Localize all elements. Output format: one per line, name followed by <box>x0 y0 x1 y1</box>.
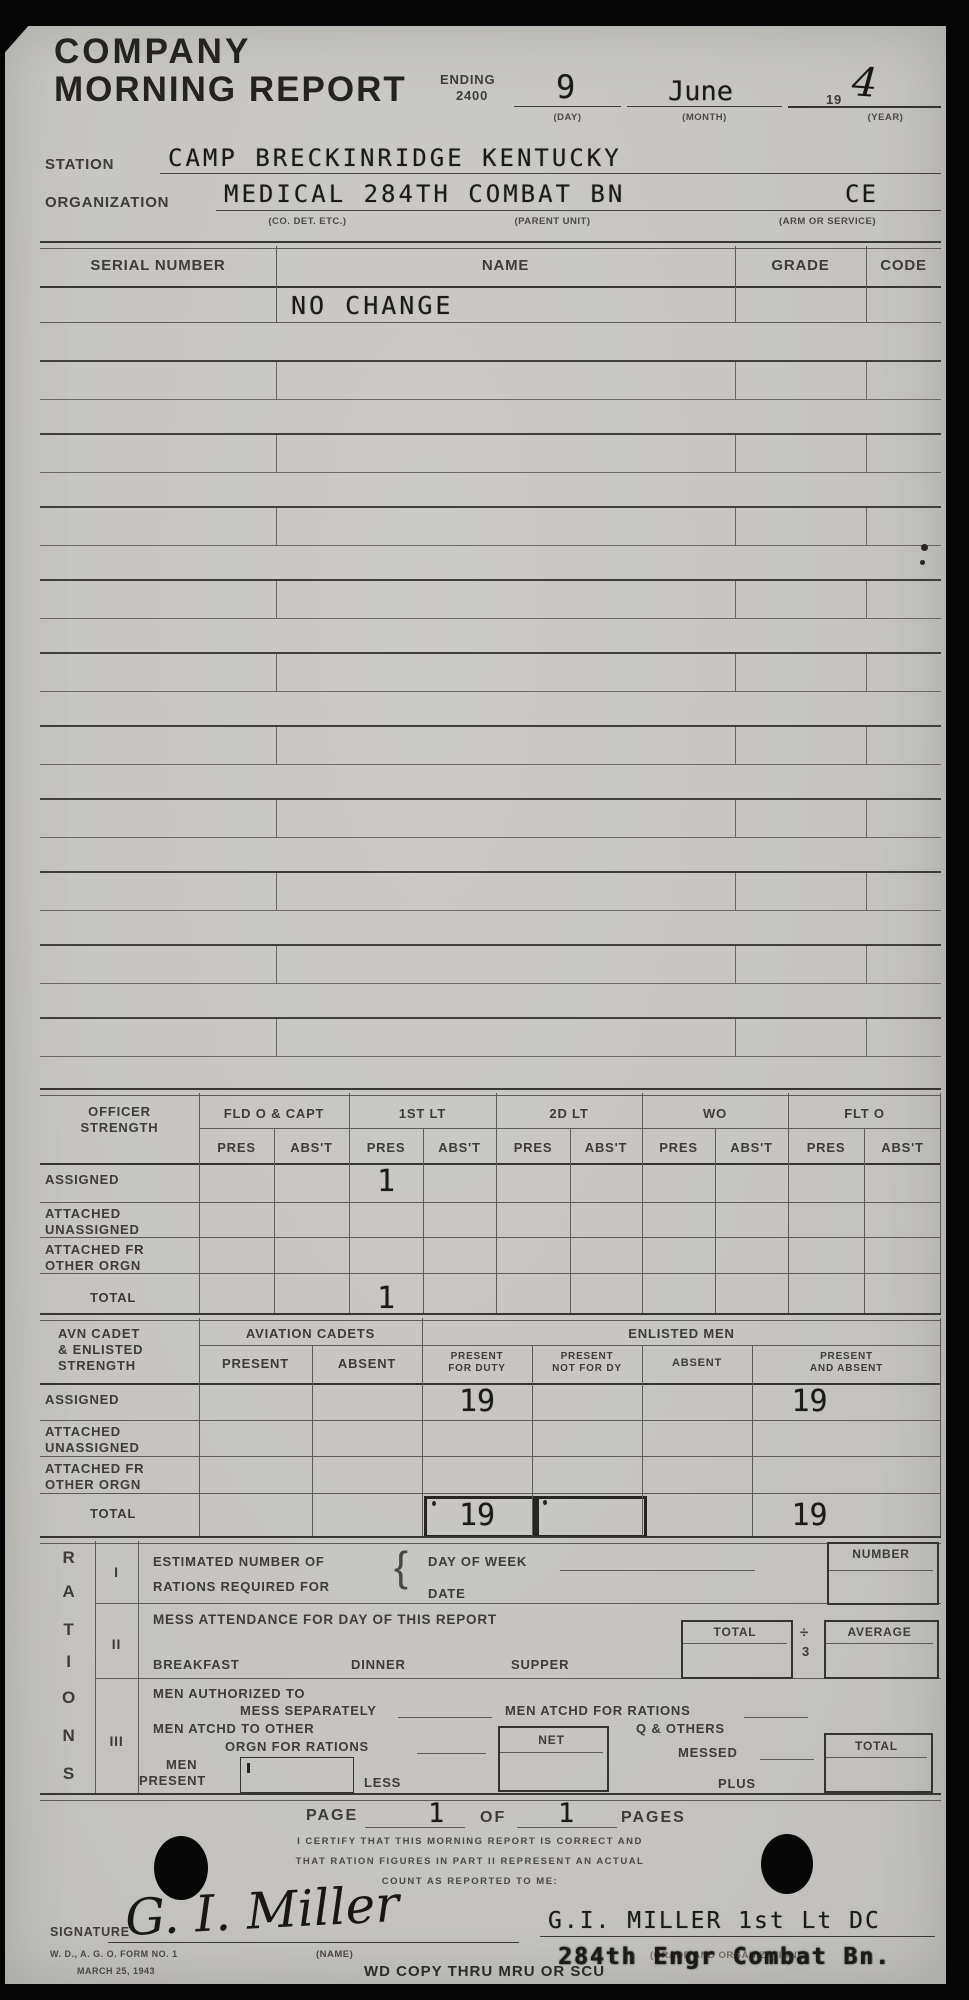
enlisted-col-divider <box>199 1318 200 1536</box>
officer-group-1st-lt: 1ST LT <box>349 1106 496 1121</box>
pages-value: 1 <box>558 1798 574 1829</box>
roster-divider <box>276 654 277 691</box>
enlisted-row-rule <box>40 1456 941 1457</box>
roster-divider <box>735 435 736 472</box>
rations-vertical-letter: R <box>56 1548 82 1568</box>
parent-unit-caption: (PARENT UNIT) <box>490 216 615 227</box>
station-value: CAMP BRECKINRIDGE KENTUCKY <box>168 144 622 172</box>
roster-divider <box>276 508 277 545</box>
date-label: DATE <box>428 1586 466 1601</box>
name-caption: (NAME) <box>316 1949 353 1960</box>
arm-service-caption: (ARM OR SERVICE) <box>755 216 900 227</box>
roster-divider <box>866 1019 867 1056</box>
mess-separately-label: MESS SEPARATELY <box>240 1703 377 1718</box>
ink-speck <box>921 544 928 551</box>
ink-speck <box>543 1500 547 1505</box>
officer-subhead-abst: ABS'T <box>570 1140 642 1155</box>
mess-attendance-label: MESS ATTENDANCE FOR DAY OF THIS REPORT <box>153 1612 497 1627</box>
page-label: PAGE <box>306 1807 358 1825</box>
present-label: PRESENT <box>139 1773 206 1788</box>
men-authorized-label: MEN AUTHORIZED TO <box>153 1686 305 1701</box>
enlisted-pnfd-head-2: NOT FOR DY <box>532 1363 642 1374</box>
men-atchd-rations-label: MEN ATCHD FOR RATIONS <box>505 1703 691 1718</box>
station-rule <box>160 173 941 174</box>
men-atchd-other-label: MEN ATCHD TO OTHER <box>153 1721 315 1736</box>
officer-label-line1: OFFICER <box>40 1104 199 1119</box>
form-paper <box>5 26 946 1984</box>
roster-divider <box>276 246 277 322</box>
roster-divider <box>866 435 867 472</box>
organization-label: ORGANIZATION <box>45 194 169 211</box>
orgn-for-rations-rule <box>417 1753 486 1754</box>
day-of-week-rule <box>560 1570 755 1571</box>
officer-col-divider <box>199 1093 200 1313</box>
punch-hole <box>761 1834 813 1894</box>
rations-vertical-letter: I <box>56 1652 82 1672</box>
breakfast-label: BREAKFAST <box>153 1657 240 1672</box>
typed-name-rule <box>540 1936 935 1937</box>
enlisted-subcol-divider <box>532 1345 533 1536</box>
scan-edge-top <box>0 0 969 26</box>
pages-rule <box>517 1827 617 1828</box>
enlisted-row-attached-fr-1: ATTACHED FR <box>45 1461 144 1476</box>
number-box-label: NUMBER <box>827 1547 935 1561</box>
net-box-rule <box>500 1752 603 1753</box>
net-box-label: NET <box>498 1733 605 1747</box>
roster-col-code: CODE <box>866 257 941 274</box>
officer-total-1st-lt-pres: 1 <box>349 1281 423 1316</box>
officer-bottom-rule <box>40 1313 941 1321</box>
enlisted-subcol-divider <box>752 1345 753 1536</box>
ending-label: ENDING <box>440 72 495 87</box>
messed-label: MESSED <box>678 1745 738 1760</box>
enlisted-subcol-divider <box>642 1345 643 1536</box>
certify-line2: THAT RATION FIGURES IN PART II REPRESENT… <box>270 1856 670 1867</box>
divide-sign: ÷ <box>800 1624 809 1641</box>
ending-time: 2400 <box>456 88 488 103</box>
roster-col-serial: SERIAL NUMBER <box>40 257 276 274</box>
pages-label: PAGES <box>621 1809 686 1827</box>
year-prefix: 19 <box>826 92 842 107</box>
roster-divider <box>276 581 277 618</box>
roster-empty-row <box>40 1017 941 1057</box>
enlisted-total-present-for-duty: 19 <box>424 1498 530 1533</box>
day-caption: (DAY) <box>514 112 621 123</box>
ink-speck <box>247 1763 250 1773</box>
roster-divider <box>866 246 867 322</box>
rations-estimated-line2: RATIONS REQUIRED FOR <box>153 1579 330 1594</box>
officer-group-flt-o: FLT O <box>788 1106 941 1121</box>
less-label: LESS <box>364 1775 401 1790</box>
enlisted-row-rule <box>40 1493 941 1494</box>
roster-divider <box>735 246 736 322</box>
roster-empty-row <box>40 652 941 692</box>
roster-divider <box>866 654 867 691</box>
rations-section-rule <box>95 1603 941 1604</box>
officer-label-line2: STRENGTH <box>40 1120 199 1135</box>
enlisted-group-rule <box>199 1345 941 1346</box>
officer-row-attached-unassigned-2: UNASSIGNED <box>45 1222 140 1237</box>
rations-vertical-letter: A <box>56 1582 82 1602</box>
orgn-for-rations-label: ORGN FOR RATIONS <box>225 1739 369 1754</box>
roster-divider <box>276 727 277 764</box>
arm-of-service-value: CE <box>845 180 878 208</box>
men-atchd-rations-rule <box>744 1717 808 1718</box>
officer-subhead-pres: PRES <box>349 1140 423 1155</box>
roster-empty-row <box>40 506 941 546</box>
roster-divider <box>735 581 736 618</box>
divisor: 3 <box>802 1644 810 1659</box>
enlisted-bottom-rule <box>40 1536 941 1544</box>
officer-row-total: TOTAL <box>90 1290 136 1305</box>
enlisted-label-line1: AVN CADET <box>58 1326 140 1341</box>
roster-divider <box>735 800 736 837</box>
enlisted-total-pnfd-box <box>536 1496 647 1538</box>
rations-vertical-letter: S <box>56 1764 82 1784</box>
year-rule <box>788 106 941 108</box>
officer-subhead-abst: ABS'T <box>423 1140 496 1155</box>
number-box-rule <box>829 1570 933 1571</box>
roster-divider <box>866 873 867 910</box>
of-label: OF <box>480 1809 506 1827</box>
average-box-label: AVERAGE <box>824 1625 935 1639</box>
officer-row-attached-fr-2: OTHER ORGN <box>45 1258 141 1273</box>
roster-divider <box>735 1019 736 1056</box>
certify-line1: I CERTIFY THAT THIS MORNING REPORT IS CO… <box>270 1836 670 1847</box>
rations-brace: { <box>394 1543 409 1591</box>
roster-divider <box>735 508 736 545</box>
rations-vertical-letter: T <box>56 1620 82 1640</box>
enlisted-row-attached-unassigned-2: UNASSIGNED <box>45 1440 140 1455</box>
day-rule <box>514 106 621 107</box>
officer-row-attached-fr-1: ATTACHED FR <box>45 1242 144 1257</box>
officer-subcol-divider <box>570 1128 571 1313</box>
officer-subhead-pres: PRES <box>788 1140 864 1155</box>
enlisted-subcol-divider <box>312 1345 313 1536</box>
q-others-label: Q & OTHERS <box>636 1721 725 1736</box>
mess-total-label: TOTAL <box>681 1625 789 1639</box>
roster-empty-row <box>40 944 941 984</box>
roster-divider <box>276 435 277 472</box>
officer-row-attached-unassigned-1: ATTACHED <box>45 1206 121 1221</box>
rations-numeral-ii: II <box>95 1636 138 1652</box>
dinner-label: DINNER <box>351 1657 406 1672</box>
form-number: W. D., A. G. O. FORM NO. 1 <box>50 1949 178 1959</box>
officer-subcol-divider <box>423 1128 424 1313</box>
rations-divider <box>138 1541 139 1795</box>
roster-entry-no-change: NO CHANGE <box>291 291 453 320</box>
typed-name: G.I. MILLER 1st Lt DC <box>548 1908 881 1934</box>
enlisted-pa-head-2: AND ABSENT <box>752 1363 941 1374</box>
cadets-absent-head: ABSENT <box>312 1356 422 1371</box>
mess-total-rule <box>683 1643 787 1644</box>
enlisted-label-line2: & ENLISTED <box>58 1342 143 1357</box>
enlisted-label-line3: STRENGTH <box>58 1358 136 1373</box>
officer-row-rule <box>40 1273 941 1274</box>
day-of-week-label: DAY OF WEEK <box>428 1554 527 1569</box>
form-date: MARCH 25, 1943 <box>77 1966 155 1976</box>
rations-numeral-iii: III <box>95 1733 138 1749</box>
month-value: June <box>668 76 733 107</box>
rations-bottom-rule <box>40 1793 941 1801</box>
officer-col-divider <box>496 1093 497 1313</box>
officer-subhead-pres: PRES <box>642 1140 715 1155</box>
roster-divider <box>735 946 736 983</box>
page-rule <box>365 1827 465 1828</box>
scan-edge-right <box>946 0 969 2000</box>
roster-divider <box>276 873 277 910</box>
roster-empty-row <box>40 360 941 400</box>
organization-rule <box>216 210 941 211</box>
roster-empty-row <box>40 579 941 619</box>
day-value: 9 <box>556 68 575 106</box>
enlisted-row-total: TOTAL <box>90 1506 136 1521</box>
form-title-line1: COMPANY <box>54 32 251 72</box>
form-title-line2: MORNING REPORT <box>54 70 407 110</box>
rations-numeral-i: I <box>95 1564 138 1580</box>
officer-subhead-pres: PRES <box>496 1140 570 1155</box>
year-value-handwritten: 4 <box>850 59 879 107</box>
distribution-line: WD COPY THRU MRU OR SCU <box>364 1963 605 1980</box>
roster-divider <box>735 362 736 399</box>
roster-divider <box>276 362 277 399</box>
officer-group-fldo-capt: FLD O & CAPT <box>199 1106 349 1121</box>
cadets-present-head: PRESENT <box>199 1356 312 1371</box>
co-det-caption: (CO. DET. ETC.) <box>240 216 375 227</box>
officer-row-assigned: ASSIGNED <box>45 1172 119 1187</box>
ink-speck <box>920 560 925 565</box>
roster-divider <box>866 581 867 618</box>
rations-section-rule <box>95 1678 941 1679</box>
scan-edge-bottom <box>0 1984 969 2000</box>
roster-empty-row <box>40 433 941 473</box>
men-present-box <box>240 1757 354 1793</box>
year-caption: (YEAR) <box>830 112 941 123</box>
month-caption: (MONTH) <box>627 112 782 123</box>
roster-divider <box>866 800 867 837</box>
officer-subhead-abst: ABS'T <box>274 1140 349 1155</box>
signature-label: SIGNATURE <box>50 1925 130 1939</box>
enlisted-absent-head: ABSENT <box>642 1357 752 1369</box>
morning-report-scan: COMPANY MORNING REPORT ENDING 2400 9 Jun… <box>0 0 969 2000</box>
roster-divider <box>866 508 867 545</box>
officer-top-rule <box>40 1088 941 1096</box>
mess-separately-rule <box>398 1717 492 1718</box>
enlisted-row-rule <box>40 1420 941 1421</box>
roster-divider <box>866 946 867 983</box>
roster-divider <box>276 1019 277 1056</box>
roster-empty-row <box>40 871 941 911</box>
enlisted-pa-head-1: PRESENT <box>752 1351 941 1362</box>
enlisted-group-enlisted: ENLISTED MEN <box>422 1326 941 1341</box>
officer-subcol-divider <box>864 1128 865 1313</box>
men-label: MEN <box>166 1757 197 1772</box>
plus-label: PLUS <box>718 1776 756 1791</box>
signature-rule <box>108 1942 519 1943</box>
officer-subhead-abst: ABS'T <box>864 1140 941 1155</box>
station-label: STATION <box>45 156 114 173</box>
roster-divider <box>866 727 867 764</box>
roster-divider <box>735 654 736 691</box>
officer-col-divider <box>349 1093 350 1313</box>
enlisted-pnfd-head-1: PRESENT <box>532 1351 642 1362</box>
rations-vertical-letter: N <box>56 1726 82 1746</box>
enlisted-total-present-and-absent: 19 <box>752 1498 867 1533</box>
officer-subhead-rule <box>40 1163 941 1165</box>
messed-rule <box>760 1759 814 1760</box>
roster-divider <box>276 800 277 837</box>
page-value: 1 <box>428 1798 444 1829</box>
rations-total-rule <box>826 1757 927 1758</box>
rations-total-label: TOTAL <box>824 1739 929 1753</box>
officer-row-rule <box>40 1202 941 1203</box>
officer-col-divider <box>940 1093 941 1313</box>
roster-top-rule <box>40 241 941 249</box>
officer-subhead-pres: PRES <box>199 1140 274 1155</box>
typed-unit: 284th Engr Combat Bn. <box>558 1944 891 1970</box>
enlisted-row-attached-unassigned-1: ATTACHED <box>45 1424 121 1439</box>
roster-divider <box>735 727 736 764</box>
officer-subcol-divider <box>715 1128 716 1313</box>
officer-row-rule <box>40 1237 941 1238</box>
officer-subhead-abst: ABS'T <box>715 1140 788 1155</box>
supper-label: SUPPER <box>511 1657 569 1672</box>
roster-col-grade: GRADE <box>735 257 866 274</box>
organization-value: MEDICAL 284TH COMBAT BN <box>224 180 625 208</box>
officer-group-2d-lt: 2D LT <box>496 1106 642 1121</box>
enlisted-group-cadets: AVIATION CADETS <box>199 1326 422 1341</box>
average-box-rule <box>826 1643 933 1644</box>
enlisted-col-divider <box>940 1318 941 1536</box>
roster-empty-row <box>40 798 941 838</box>
enlisted-assigned-present-and-absent: 19 <box>752 1384 867 1419</box>
enlisted-col-divider <box>422 1318 423 1536</box>
month-rule <box>627 106 782 107</box>
scan-corner-shadow <box>0 24 30 58</box>
roster-divider <box>866 362 867 399</box>
officer-col-divider <box>642 1093 643 1313</box>
enlisted-row-attached-fr-2: OTHER ORGN <box>45 1477 141 1492</box>
rations-estimated-line1: ESTIMATED NUMBER OF <box>153 1554 325 1569</box>
roster-divider <box>735 873 736 910</box>
enlisted-assigned-present-for-duty: 19 <box>422 1384 532 1419</box>
roster-col-name: NAME <box>276 257 735 274</box>
enlisted-pfd-head-2: FOR DUTY <box>422 1363 532 1374</box>
rations-vertical-letter: O <box>56 1688 82 1708</box>
officer-assigned-1st-lt-pres: 1 <box>349 1164 423 1199</box>
officer-col-divider <box>788 1093 789 1313</box>
officer-group-wo: WO <box>642 1106 788 1121</box>
enlisted-row-assigned: ASSIGNED <box>45 1392 119 1407</box>
roster-header-rule <box>40 286 941 288</box>
enlisted-pfd-head-1: PRESENT <box>422 1351 532 1362</box>
scan-edge-left <box>0 0 5 2000</box>
roster-divider <box>276 946 277 983</box>
officer-subcol-divider <box>274 1128 275 1313</box>
roster-row1-rule <box>40 322 941 323</box>
roster-empty-row <box>40 725 941 765</box>
